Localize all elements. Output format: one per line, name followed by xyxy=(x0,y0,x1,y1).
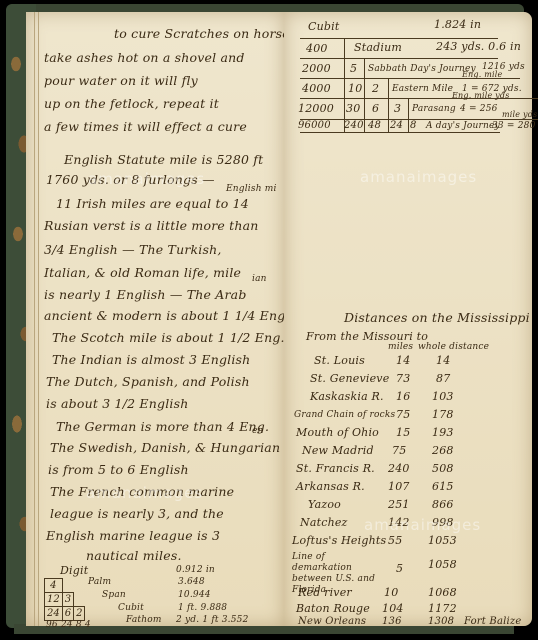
cell: 48 xyxy=(368,120,381,131)
text-line: Rusian verst is a little more than xyxy=(44,218,259,233)
text-line: nautical miles. xyxy=(86,548,182,563)
table-row: 96 24 8 4 xyxy=(46,620,91,630)
total-distance: 193 xyxy=(432,426,454,439)
cell: 24 xyxy=(45,607,63,621)
unit-note: mile yds xyxy=(502,110,537,119)
text-line: is from 5 to 6 English xyxy=(48,462,189,477)
superscript-note: en xyxy=(252,426,264,436)
cell: 12 xyxy=(45,593,63,607)
distance-row: New Madrid 75 268 xyxy=(284,444,532,462)
total-distance: 14 xyxy=(436,354,450,367)
cell: 240 xyxy=(344,120,364,131)
cell: 2000 xyxy=(302,62,331,75)
text-line: English Statute mile is 5280 ft xyxy=(64,152,263,167)
top-value: 1.824 in xyxy=(434,18,481,31)
right-page: Cubit 1.824 in 400 Stadium 243 yds. 0.6 … xyxy=(284,12,532,626)
distance-row: Grand Chain of rocks 75 178 xyxy=(284,408,532,426)
cell: 400 xyxy=(306,42,328,55)
cell: 4 xyxy=(45,579,63,593)
unit-label: Stadium xyxy=(354,41,402,54)
cell: 8 xyxy=(410,120,417,131)
column-header-miles: miles xyxy=(388,342,413,352)
distance-row: Line of demarkation between U.S. and Flo… xyxy=(284,552,532,586)
total-distance: 87 xyxy=(436,372,450,385)
miles: 14 xyxy=(396,354,410,367)
remedy-line: a few times it will effect a cure xyxy=(44,119,247,134)
total-distance: 1053 xyxy=(428,534,457,547)
cell: 6 xyxy=(62,607,73,621)
text-line: English marine league is 3 xyxy=(46,528,220,543)
table-row: 12 3 xyxy=(45,593,90,607)
total-distance: 1068 xyxy=(428,586,457,599)
place-name: St. Louis xyxy=(314,354,365,367)
cell: 6 xyxy=(372,102,379,115)
text-line: The Scotch mile is about 1 1/2 Eng. xyxy=(52,330,285,345)
digit-value: 0.912 in xyxy=(176,565,215,575)
distance-row: Loftus's Heights 55 1053 xyxy=(284,534,532,552)
distance-row: St. Genevieve 73 87 xyxy=(284,372,532,390)
unit-label: Span xyxy=(102,590,126,600)
unit-value: 243 yds. 0.6 in xyxy=(436,40,521,53)
total-distance: 1172 xyxy=(428,602,457,615)
miles: 251 xyxy=(388,498,410,511)
miles: 107 xyxy=(388,480,410,493)
remedy-line: to cure Scratches on horses xyxy=(114,26,297,41)
unit-value: 10.944 xyxy=(178,590,211,600)
text-line: The Dutch, Spanish, and Polish xyxy=(46,374,250,389)
watermark: amanaimages xyxy=(360,168,477,186)
total-distance: 866 xyxy=(432,498,454,511)
distance-row: St. Francis R. 240 508 xyxy=(284,462,532,480)
total-distance: 615 xyxy=(432,480,454,493)
watermark: amanaimages xyxy=(364,516,481,534)
place-name: New Orleans xyxy=(298,616,366,627)
miles: 10 xyxy=(384,586,398,599)
text-line: is about 3 1/2 English xyxy=(46,396,188,411)
place-name: Yazoo xyxy=(308,498,341,511)
miles: 75 xyxy=(396,408,410,421)
place-name: Arkansas R. xyxy=(296,480,365,493)
miles: 240 xyxy=(388,462,410,475)
text-line: 3/4 English — The Turkish, xyxy=(44,242,222,257)
unit-note: Eng. mile xyxy=(462,70,502,79)
text-line: 11 Irish miles are equal to 14 xyxy=(56,196,249,211)
cell: 5 xyxy=(350,62,357,75)
place-name: Fort Balize xyxy=(464,616,521,627)
table-title: Cubit xyxy=(308,20,339,33)
unit-value: 4 = 256 xyxy=(460,104,498,114)
total-distance: 103 xyxy=(432,390,454,403)
superscript-note: ian xyxy=(252,274,267,284)
table-row: 24 6 2 xyxy=(45,607,90,621)
margin-rule xyxy=(34,12,35,626)
miles: 15 xyxy=(396,426,410,439)
unit-value: 3.648 xyxy=(178,577,205,587)
miles: 16 xyxy=(396,390,410,403)
place-name: St. Francis R. xyxy=(296,462,375,475)
unit-label: A day's Journey xyxy=(426,121,500,131)
place-name: St. Genevieve xyxy=(310,372,389,385)
place-name: Kaskaskia R. xyxy=(310,390,384,403)
place-name: Mouth of Ohio xyxy=(296,426,379,439)
miles: 5 xyxy=(396,562,403,575)
text-line: ancient & modern is about 1 1/4 Eng. xyxy=(44,308,290,323)
total-distance: 268 xyxy=(432,444,454,457)
place-name: Natchez xyxy=(300,516,348,529)
watermark: amanaimages xyxy=(86,484,203,502)
cell: 12000 xyxy=(298,102,334,115)
miles: 73 xyxy=(396,372,410,385)
text-line: The German is more than 4 Eng. xyxy=(56,419,269,434)
distance-row: Kaskaskia R. 16 103 xyxy=(284,390,532,408)
unit-label: Sabbath Day's Journey xyxy=(368,64,476,74)
cell: 24 xyxy=(390,120,403,131)
cell: 3 xyxy=(62,593,73,607)
table-row: 4 xyxy=(45,579,90,593)
unit-note: Eng. mile yds xyxy=(452,91,510,100)
distance-row: New Orleans 136 1308 Fort Balize xyxy=(284,616,532,630)
column-header-total: whole distance xyxy=(418,342,489,352)
distance-row: Mouth of Ohio 15 193 xyxy=(284,426,532,444)
total-distance: 1058 xyxy=(428,558,457,571)
cell: 3 xyxy=(394,102,401,115)
unit-label: Palm xyxy=(88,577,111,587)
place-name: Grand Chain of rocks xyxy=(294,410,395,420)
distance-row: Yazoo 251 866 xyxy=(284,498,532,516)
cell: 96000 xyxy=(298,120,331,131)
remedy-line: take ashes hot on a shovel and xyxy=(44,50,245,65)
watermark: amanaimages xyxy=(88,170,205,188)
text-line: is nearly 1 English — The Arab xyxy=(44,287,247,302)
distance-row: Red river 10 1068 xyxy=(284,586,532,602)
unit-label: Cubit xyxy=(118,603,144,613)
unit-value: 33 = 280 xyxy=(492,121,536,131)
table-title: Digit xyxy=(60,564,88,577)
unit-value: 2 yd. 1 ft 3.552 xyxy=(176,615,249,625)
unit-value: 1 ft. 9.888 xyxy=(178,603,227,613)
unit-label: Fathom xyxy=(126,615,162,625)
place-name: Loftus's Heights xyxy=(292,534,386,547)
miles: 136 xyxy=(382,616,402,627)
unit-label: Parasang xyxy=(412,104,456,114)
section-title: Distances on the Mississippi xyxy=(344,310,530,325)
measures-grid: 4 12 3 24 6 2 xyxy=(44,578,89,621)
distance-row: St. Louis 14 14 xyxy=(284,354,532,372)
text-line: The Swedish, Danish, & Hungarian xyxy=(50,440,280,455)
distance-row: Arkansas R. 107 615 xyxy=(284,480,532,498)
margin-rule xyxy=(38,12,39,626)
cell: 30 xyxy=(346,102,360,115)
place-name: Red river xyxy=(298,586,352,599)
cell: 2 xyxy=(74,607,85,621)
text-line: Italian, & old Roman life, mile xyxy=(44,265,241,280)
superscript-note: English mi xyxy=(226,184,277,194)
total-distance: 508 xyxy=(432,462,454,475)
cell: 4000 xyxy=(302,82,331,95)
cell: 2 xyxy=(372,82,379,95)
unit-label: Eastern Mile xyxy=(392,84,453,94)
remedy-line: pour water on it will fly xyxy=(44,73,198,88)
place-name: Baton Rouge xyxy=(296,602,370,615)
miles: 104 xyxy=(382,602,404,615)
remedy-line: up on the fetlock, repeat it xyxy=(44,96,219,111)
text-line: league is nearly 3, and the xyxy=(50,506,224,521)
total-distance: 178 xyxy=(432,408,454,421)
place-name: New Madrid xyxy=(302,444,374,457)
miles: 75 xyxy=(392,444,406,457)
left-page: to cure Scratches on horses take ashes h… xyxy=(26,12,286,626)
total-distance: 1308 xyxy=(428,616,454,627)
text-line: The Indian is almost 3 English xyxy=(52,352,250,367)
cell: 10 xyxy=(348,82,362,95)
miles: 55 xyxy=(388,534,402,547)
